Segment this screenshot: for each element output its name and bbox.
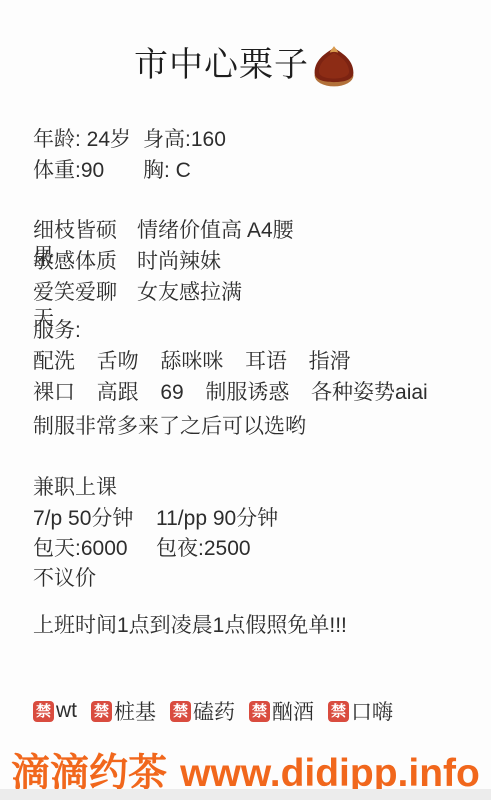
forbidden-icon: 禁 — [328, 701, 349, 722]
pricing-heading: 兼职上课 — [33, 475, 471, 501]
bottom-strip — [0, 789, 491, 800]
forbidden-icon: 禁 — [170, 701, 191, 722]
page-title-row: 市中心栗子 — [0, 40, 491, 90]
forbidden-item: 禁 wt — [33, 699, 77, 723]
forbidden-label: 口嗨 — [351, 696, 393, 726]
forbidden-item: 禁 磕药 — [170, 696, 235, 726]
hours-note: 上班时间1点到凌晨1点假照免单!!! — [33, 613, 471, 639]
info-row-2: 体重:90 胸: C — [33, 158, 471, 184]
forbidden-icon: 禁 — [33, 701, 54, 722]
forbidden-label: wt — [56, 699, 77, 723]
services-line-2: 裸口 高跟 69 制服诱惑 各种姿势aiai — [33, 380, 471, 406]
info-height: 身高:160 — [143, 127, 226, 153]
services-note: 制服非常多来了之后可以选哟 — [33, 414, 471, 440]
pricing-row-1: 7/p 50分钟 11/pp 90分钟 — [33, 506, 471, 532]
page-title: 市中心栗子 — [134, 43, 309, 87]
pricing-footer: 不议价 — [33, 566, 471, 592]
price-day: 包天:6000 — [33, 536, 156, 562]
forbidden-icon: 禁 — [91, 701, 112, 722]
forbidden-row: 禁 wt 禁 桩基 禁 磕药 禁 酗酒 禁 口嗨 — [33, 696, 393, 726]
forbidden-item: 禁 口嗨 — [328, 696, 393, 726]
price-single: 7/p 50分钟 — [33, 506, 156, 532]
chestnut-emoji-icon — [311, 44, 357, 90]
forbidden-label: 桩基 — [114, 696, 156, 726]
price-night: 包夜:2500 — [156, 536, 251, 562]
services-heading: 服务: — [33, 318, 471, 344]
info-row-1: 年龄: 24岁 身高:160 — [33, 127, 471, 153]
trait-text: 敏感体质 — [33, 249, 137, 275]
pricing-row-2: 包天:6000 包夜:2500 — [33, 536, 471, 562]
info-age: 年龄: 24岁 — [33, 127, 143, 153]
traits-row-2: 敏感体质 时尚辣妹 — [33, 249, 471, 275]
flyer-page: 市中心栗子 年龄: 24岁 身高:160 体重:90 胸: C 细枝皆硕果 情绪… — [0, 0, 491, 800]
info-cup: 胸: C — [143, 158, 191, 184]
trait-text: 时尚辣妹 — [137, 249, 247, 275]
forbidden-label: 酗酒 — [272, 696, 314, 726]
forbidden-item: 禁 酗酒 — [249, 696, 314, 726]
services-line-1: 配洗 舌吻 舔咪咪 耳语 指滑 — [33, 349, 471, 375]
forbidden-icon: 禁 — [249, 701, 270, 722]
info-weight: 体重:90 — [33, 158, 143, 184]
price-double: 11/pp 90分钟 — [156, 506, 278, 532]
forbidden-item: 禁 桩基 — [91, 696, 156, 726]
forbidden-label: 磕药 — [193, 696, 235, 726]
